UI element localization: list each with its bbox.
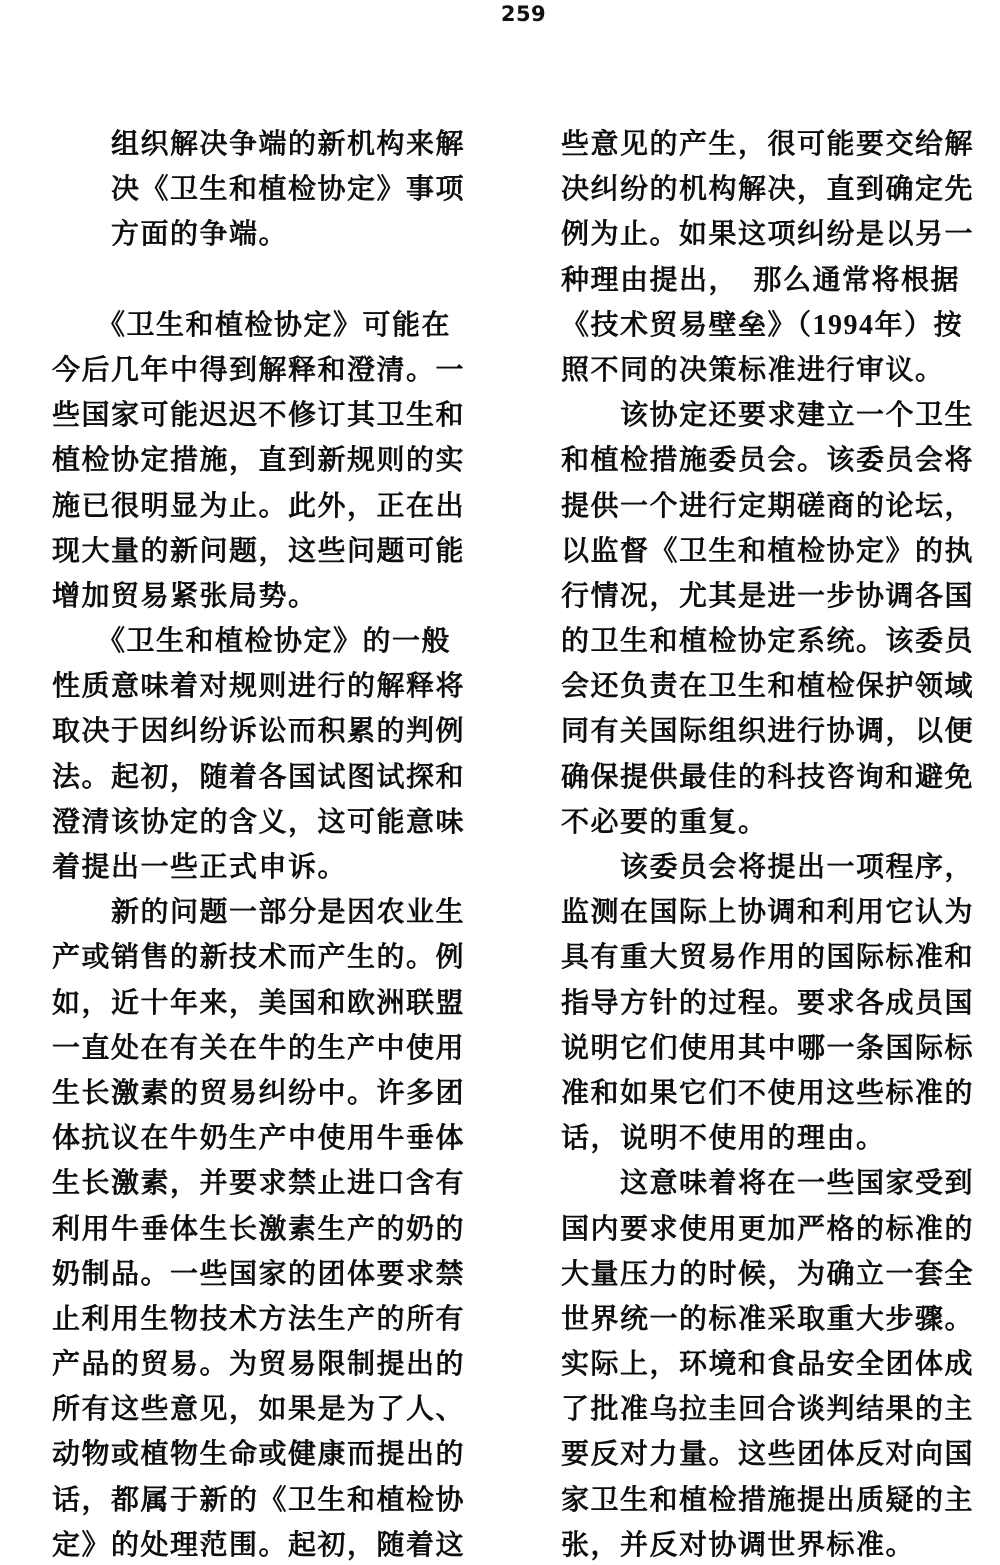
text-line: 准和如果它们不使用这些标准的 bbox=[561, 1071, 997, 1116]
text-line: 种理由提出， 那么通常将根据 bbox=[561, 258, 997, 303]
text-line: 定》的处理范围。起初，随着这 bbox=[52, 1523, 488, 1565]
text-line: 照不同的决策标准进行审议。 bbox=[561, 348, 997, 393]
text-line: 和植检措施委员会。该委员会将 bbox=[561, 438, 997, 483]
text-line: 止利用生物技术方法生产的所有 bbox=[52, 1297, 488, 1342]
text-line: 决《卫生和植检协定》事项 bbox=[52, 167, 488, 212]
text-line: 了批准乌拉圭回合谈判结果的主 bbox=[561, 1387, 997, 1432]
text-line: 一直处在有关在牛的生产中使用 bbox=[52, 1026, 488, 1071]
text-line: 张，并反对协调世界标准。 bbox=[561, 1523, 997, 1565]
text-line: 以监督《卫生和植检协定》的执 bbox=[561, 529, 997, 574]
text-line: 澄清该协定的含义，这可能意味 bbox=[52, 800, 488, 845]
text-line: 例为止。如果这项纠纷是以另一 bbox=[561, 212, 997, 257]
text-line bbox=[52, 258, 488, 303]
text-line: 取决于因纠纷诉讼而积累的判例 bbox=[52, 709, 488, 754]
text-line: 植检协定措施，直到新规则的实 bbox=[52, 438, 488, 483]
text-line: 行情况，尤其是进一步协调各国 bbox=[561, 574, 997, 619]
text-line: 实际上，环境和食品安全团体成 bbox=[561, 1342, 997, 1387]
text-line: 不必要的重复。 bbox=[561, 800, 997, 845]
text-line: 施已很明显为止。此外，正在出 bbox=[52, 484, 488, 529]
text-line: 《卫生和植检协定》的一般 bbox=[52, 619, 488, 664]
text-line: 的卫生和植检协定系统。该委员 bbox=[561, 619, 997, 664]
text-line: 《技术贸易壁垒》（1994年）按 bbox=[561, 303, 997, 348]
text-line: 体抗议在牛奶生产中使用牛垂体 bbox=[52, 1116, 488, 1161]
text-line: 现大量的新问题，这些问题可能 bbox=[52, 529, 488, 574]
text-line: 会还负责在卫生和植检保护领域 bbox=[561, 664, 997, 709]
text-line: 该委员会将提出一项程序， bbox=[561, 845, 997, 890]
text-line: 如，近十年来，美国和欧洲联盟 bbox=[52, 981, 488, 1026]
text-line: 性质意味着对规则进行的解释将 bbox=[52, 664, 488, 709]
text-line: 《卫生和植检协定》可能在 bbox=[52, 303, 488, 348]
text-line: 世界统一的标准采取重大步骤。 bbox=[561, 1297, 997, 1342]
text-line: 该协定还要求建立一个卫生 bbox=[561, 393, 997, 438]
text-line: 所有这些意见，如果是为了人、 bbox=[52, 1387, 488, 1432]
text-line: 新的问题一部分是因农业生 bbox=[52, 890, 488, 935]
text-line: 增加贸易紧张局势。 bbox=[52, 574, 488, 619]
text-line: 同有关国际组织进行协调，以便 bbox=[561, 709, 997, 754]
text-line: 着提出一些正式申诉。 bbox=[52, 845, 488, 890]
text-line: 确保提供最佳的科技咨询和避免 bbox=[561, 755, 997, 800]
text-line: 指导方针的过程。要求各成员国 bbox=[561, 981, 997, 1026]
text-line: 产品的贸易。为贸易限制提出的 bbox=[52, 1342, 488, 1387]
text-line: 话，说明不使用的理由。 bbox=[561, 1116, 997, 1161]
text-line: 利用牛垂体生长激素生产的奶的 bbox=[52, 1207, 488, 1252]
text-line: 产或销售的新技术而产生的。例 bbox=[52, 935, 488, 980]
text-line: 大量压力的时候，为确立一套全 bbox=[561, 1252, 997, 1297]
text-line: 决纠纷的机构解决，直到确定先 bbox=[561, 167, 997, 212]
text-line: 生长激素的贸易纠纷中。许多团 bbox=[52, 1071, 488, 1116]
text-line: 法。起初，随着各国试图试探和 bbox=[52, 755, 488, 800]
text-line: 具有重大贸易作用的国际标准和 bbox=[561, 935, 997, 980]
text-line: 国内要求使用更加严格的标准的 bbox=[561, 1207, 997, 1252]
text-line: 提供一个进行定期磋商的论坛， bbox=[561, 484, 997, 529]
right-text-column: 些意见的产生，很可能要交给解决纠纷的机构解决，直到确定先例为止。如果这项纠纷是以… bbox=[561, 122, 997, 1565]
text-line: 生长激素，并要求禁止进口含有 bbox=[52, 1161, 488, 1206]
text-line: 些国家可能迟迟不修订其卫生和 bbox=[52, 393, 488, 438]
text-line: 方面的争端。 bbox=[52, 212, 488, 257]
document-page: 259 组织解决争端的新机构来解 决《卫生和植检协定》事项 方面的争端。 《卫生… bbox=[0, 0, 1000, 1565]
text-line: 要反对力量。这些团体反对向国 bbox=[561, 1432, 997, 1477]
text-line: 话，都属于新的《卫生和植检协 bbox=[52, 1478, 488, 1523]
text-line: 家卫生和植检措施提出质疑的主 bbox=[561, 1478, 997, 1523]
left-text-column: 组织解决争端的新机构来解 决《卫生和植检协定》事项 方面的争端。 《卫生和植检协… bbox=[52, 122, 488, 1565]
page-number: 259 bbox=[0, 2, 1000, 26]
text-line: 奶制品。一些国家的团体要求禁 bbox=[52, 1252, 488, 1297]
text-line: 这意味着将在一些国家受到 bbox=[561, 1161, 997, 1206]
text-line: 今后几年中得到解释和澄清。一 bbox=[52, 348, 488, 393]
text-line: 组织解决争端的新机构来解 bbox=[52, 122, 488, 167]
text-line: 说明它们使用其中哪一条国际标 bbox=[561, 1026, 997, 1071]
text-line: 些意见的产生，很可能要交给解 bbox=[561, 122, 997, 167]
text-line: 监测在国际上协调和利用它认为 bbox=[561, 890, 997, 935]
text-line: 动物或植物生命或健康而提出的 bbox=[52, 1432, 488, 1477]
